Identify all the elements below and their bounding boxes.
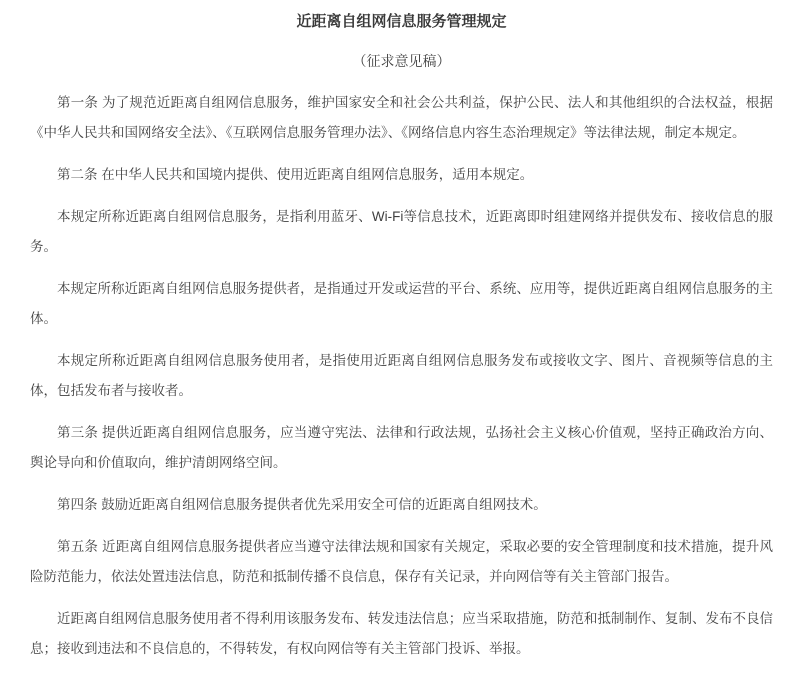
document-title: 近距离自组网信息服务管理规定: [30, 10, 773, 34]
paragraph-definition-provider: 本规定所称近距离自组网信息服务提供者，是指通过开发或运营的平台、系统、应用等，提…: [30, 274, 773, 334]
paragraph-article-1: 第一条 为了规范近距离自组网信息服务，维护国家安全和社会公共利益，保护公民、法人…: [30, 88, 773, 148]
paragraph-article-3: 第三条 提供近距离自组网信息服务，应当遵守宪法、法律和行政法规，弘扬社会主义核心…: [30, 418, 773, 478]
paragraph-definition-service: 本规定所称近距离自组网信息服务，是指利用蓝牙、Wi-Fi等信息技术，近距离即时组…: [30, 202, 773, 262]
paragraph-article-5: 第五条 近距离自组网信息服务提供者应当遵守法律法规和国家有关规定，采取必要的安全…: [30, 532, 773, 592]
document-page: 近距离自组网信息服务管理规定 （征求意见稿） 第一条 为了规范近距离自组网信息服…: [0, 0, 785, 673]
document-subtitle: （征求意见稿）: [30, 46, 773, 76]
paragraph-definition-user: 本规定所称近距离自组网信息服务使用者，是指使用近距离自组网信息服务发布或接收文字…: [30, 346, 773, 406]
paragraph-user-obligations: 近距离自组网信息服务使用者不得利用该服务发布、转发违法信息；应当采取措施，防范和…: [30, 604, 773, 664]
paragraph-article-2: 第二条 在中华人民共和国境内提供、使用近距离自组网信息服务，适用本规定。: [30, 160, 773, 190]
paragraph-article-4: 第四条 鼓励近距离自组网信息服务提供者优先采用安全可信的近距离自组网技术。: [30, 490, 773, 520]
